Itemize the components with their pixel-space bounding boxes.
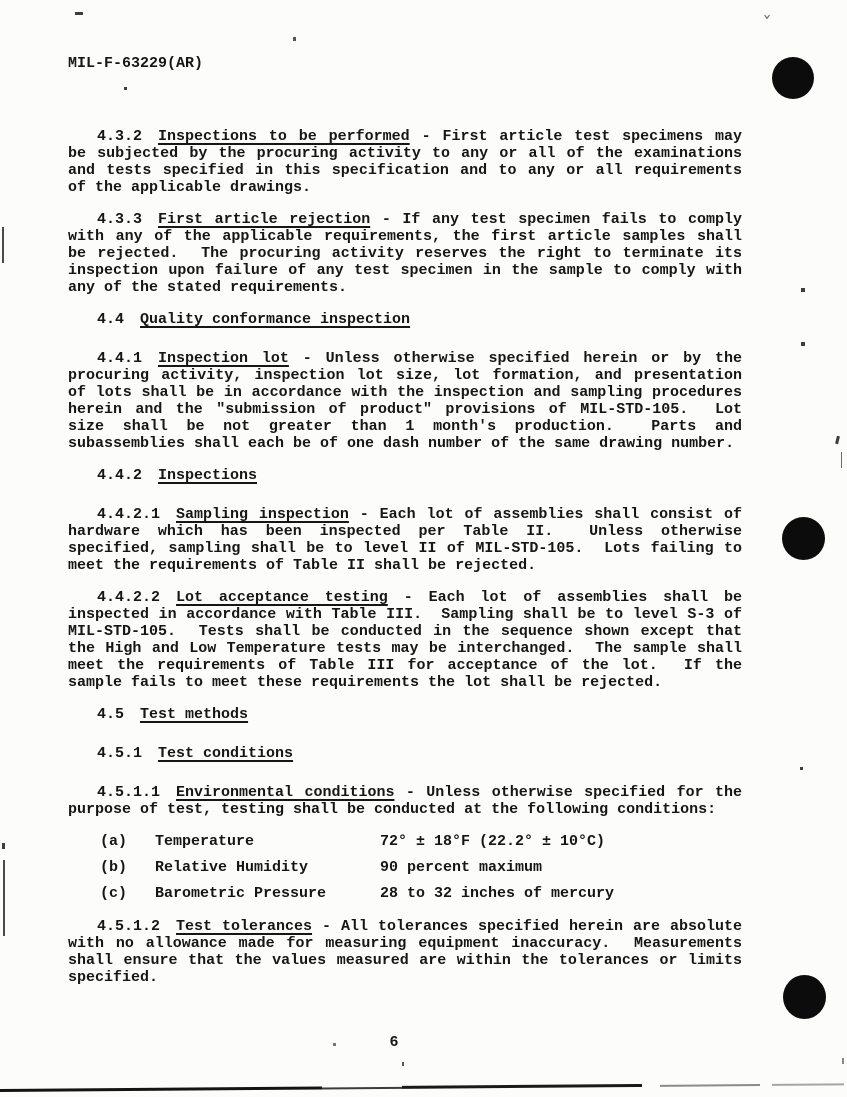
section-title: First article rejection	[158, 211, 370, 228]
scan-speck	[124, 87, 127, 90]
scan-speck	[835, 436, 840, 444]
section-title: Test methods	[140, 706, 248, 723]
section-4-4-2: 4.4.2Inspections	[68, 467, 742, 484]
doc-id-header: MIL-F-63229(AR)	[68, 55, 742, 72]
scan-speck	[801, 342, 805, 346]
edge-segment	[660, 1084, 760, 1087]
section-body: - All tolerances specified herein are ab…	[68, 918, 751, 986]
section-title: Sampling inspection	[176, 506, 349, 523]
scan-speck	[764, 15, 770, 19]
punch-hole-bottom	[783, 975, 826, 1019]
condition-row-humidity: (b) Relative Humidity 90 percent maximum	[68, 859, 742, 876]
scan-speck	[800, 767, 803, 770]
section-title: Test tolerances	[176, 918, 312, 935]
condition-label: (b)	[100, 859, 155, 876]
section-4-5-1-2: 4.5.1.2Test tolerances - All tolerances …	[68, 918, 742, 986]
scan-speck	[842, 1058, 844, 1064]
section-title: Lot acceptance testing	[176, 589, 388, 606]
document-content: MIL-F-63229(AR) 4.3.2Inspections to be p…	[68, 55, 742, 1001]
condition-value: 72° ± 18°F (22.2° ± 10°C)	[380, 833, 742, 850]
scan-edge-mark	[2, 227, 4, 263]
section-number: 4.4.2	[97, 467, 142, 484]
section-number: 4.3.2	[97, 128, 142, 145]
section-number: 4.5.1.2	[97, 918, 160, 935]
section-4-4-2-2: 4.4.2.2Lot acceptance testing - Each lot…	[68, 589, 742, 691]
section-4-3-3: 4.3.3First article rejection - If any te…	[68, 211, 742, 296]
condition-value: 90 percent maximum	[380, 859, 742, 876]
section-4-4-1: 4.4.1Inspection lot - Unless otherwise s…	[68, 350, 742, 452]
scan-speck	[293, 37, 296, 41]
section-number: 4.5.1.1	[97, 784, 160, 801]
section-body: - Each lot of assemblies shall be inspec…	[68, 589, 751, 691]
condition-row-pressure: (c) Barometric Pressure 28 to 32 inches …	[68, 885, 742, 902]
section-title: Test conditions	[158, 745, 293, 762]
scan-edge-mark	[841, 452, 842, 468]
environmental-conditions-list: (a) Temperature 72° ± 18°F (22.2° ± 10°C…	[68, 833, 742, 902]
condition-name: Temperature	[155, 833, 380, 850]
scan-edge-mark	[2, 843, 5, 849]
section-title: Inspections	[158, 467, 257, 484]
section-4-4: 4.4Quality conformance inspection	[68, 311, 742, 328]
scan-speck	[801, 288, 805, 292]
condition-label: (a)	[100, 833, 155, 850]
condition-name: Relative Humidity	[155, 859, 380, 876]
section-4-5-1-1: 4.5.1.1Environmental conditions - Unless…	[68, 784, 742, 818]
condition-label: (c)	[100, 885, 155, 902]
section-number: 4.4.2.2	[97, 589, 160, 606]
section-4-3-2: 4.3.2Inspections to be performed - First…	[68, 128, 742, 196]
scan-edge-mark	[3, 860, 5, 936]
condition-name: Barometric Pressure	[155, 885, 380, 902]
scan-speck	[402, 1062, 404, 1066]
section-number: 4.5	[97, 706, 124, 723]
edge-segment	[322, 1087, 402, 1090]
document-page: MIL-F-63229(AR) 4.3.2Inspections to be p…	[0, 0, 847, 1097]
section-4-4-2-1: 4.4.2.1Sampling inspection - Each lot of…	[68, 506, 742, 574]
condition-value: 28 to 32 inches of mercury	[380, 885, 742, 902]
edge-segment	[402, 1084, 642, 1089]
section-number: 4.4	[97, 311, 124, 328]
section-number: 4.5.1	[97, 745, 142, 762]
section-body: - Each lot of assemblies shall consist o…	[68, 506, 751, 574]
punch-hole-top	[772, 57, 814, 99]
edge-segment	[0, 1086, 322, 1092]
page-number: 6	[58, 1034, 730, 1051]
section-title: Inspection lot	[158, 350, 289, 367]
section-4-5-1: 4.5.1Test conditions	[68, 745, 742, 762]
section-title: Environmental conditions	[176, 784, 394, 801]
scan-speck	[333, 1043, 336, 1046]
condition-row-temperature: (a) Temperature 72° ± 18°F (22.2° ± 10°C…	[68, 833, 742, 850]
section-number: 4.4.1	[97, 350, 142, 367]
section-number: 4.3.3	[97, 211, 142, 228]
scan-speck	[75, 12, 83, 15]
section-title: Inspections to be performed	[158, 128, 410, 145]
punch-hole-middle	[782, 517, 825, 560]
scan-bottom-edge-line	[0, 1082, 847, 1093]
section-body: - Unless otherwise specified for the pur…	[68, 784, 751, 818]
section-number: 4.4.2.1	[97, 506, 160, 523]
section-4-5: 4.5Test methods	[68, 706, 742, 723]
section-title: Quality conformance inspection	[140, 311, 410, 328]
edge-segment	[772, 1083, 844, 1086]
